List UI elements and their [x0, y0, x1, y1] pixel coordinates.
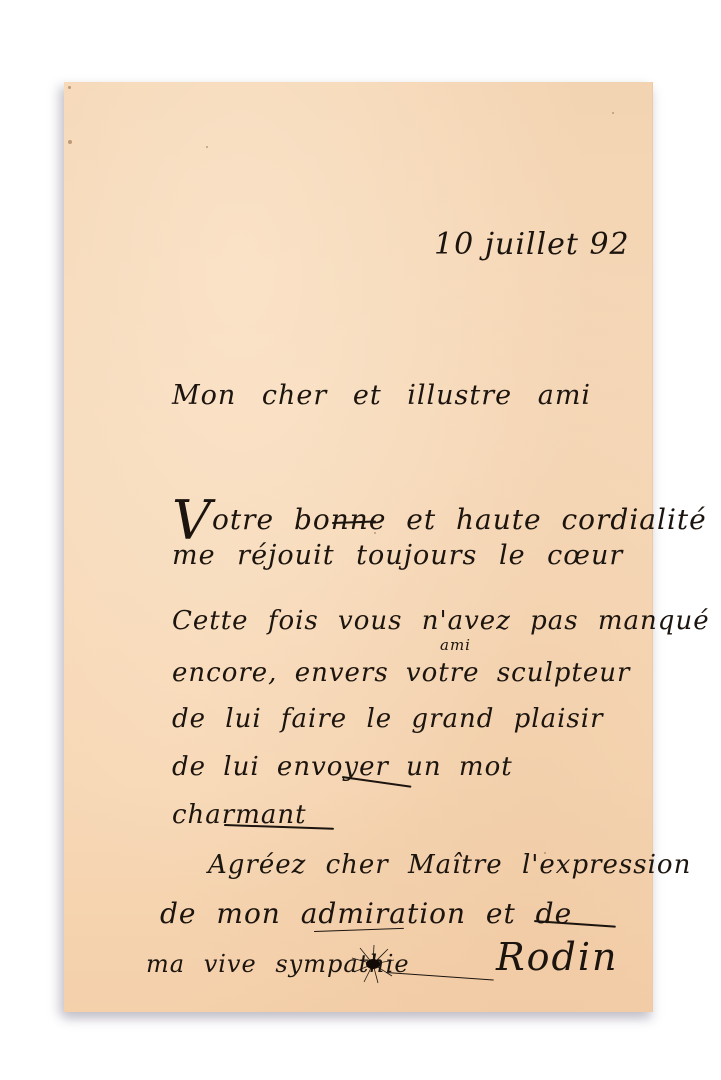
letter-line-2: me réjouit toujours le cœur [172, 542, 623, 569]
signature: Rodin [496, 938, 618, 976]
paper-speck [68, 140, 72, 144]
page-background: 10 juillet 92 Mon cher et illustre ami V… [0, 0, 721, 1080]
line-tail: sculpteur [497, 658, 631, 688]
letter-salutation: Mon cher et illustre ami [172, 382, 591, 409]
letter-line-8: Agréez cher Maître l'expression [208, 852, 691, 878]
line-text: otre bonne et haute cordialité [212, 503, 707, 536]
letter-line-5: de lui faire le grand plaisir [172, 706, 604, 732]
letter-line-9: de mon admiration et de [160, 900, 572, 928]
ink-blot-icon [350, 944, 396, 984]
paper-speck [206, 146, 208, 148]
interlinear-insertion: ami [440, 638, 471, 653]
letter-line-4: encore, envers votre ami sculpteur [172, 660, 630, 686]
letter-sheet: 10 juillet 92 Mon cher et illustre ami V… [64, 82, 653, 1012]
line-text: encore, envers votre [172, 658, 480, 688]
paper-speck [68, 86, 71, 89]
letter-date: 10 juillet 92 [434, 230, 630, 260]
paper-speck [612, 112, 614, 114]
letter-line-3: Cette fois vous n'avez pas manqué [172, 608, 710, 634]
